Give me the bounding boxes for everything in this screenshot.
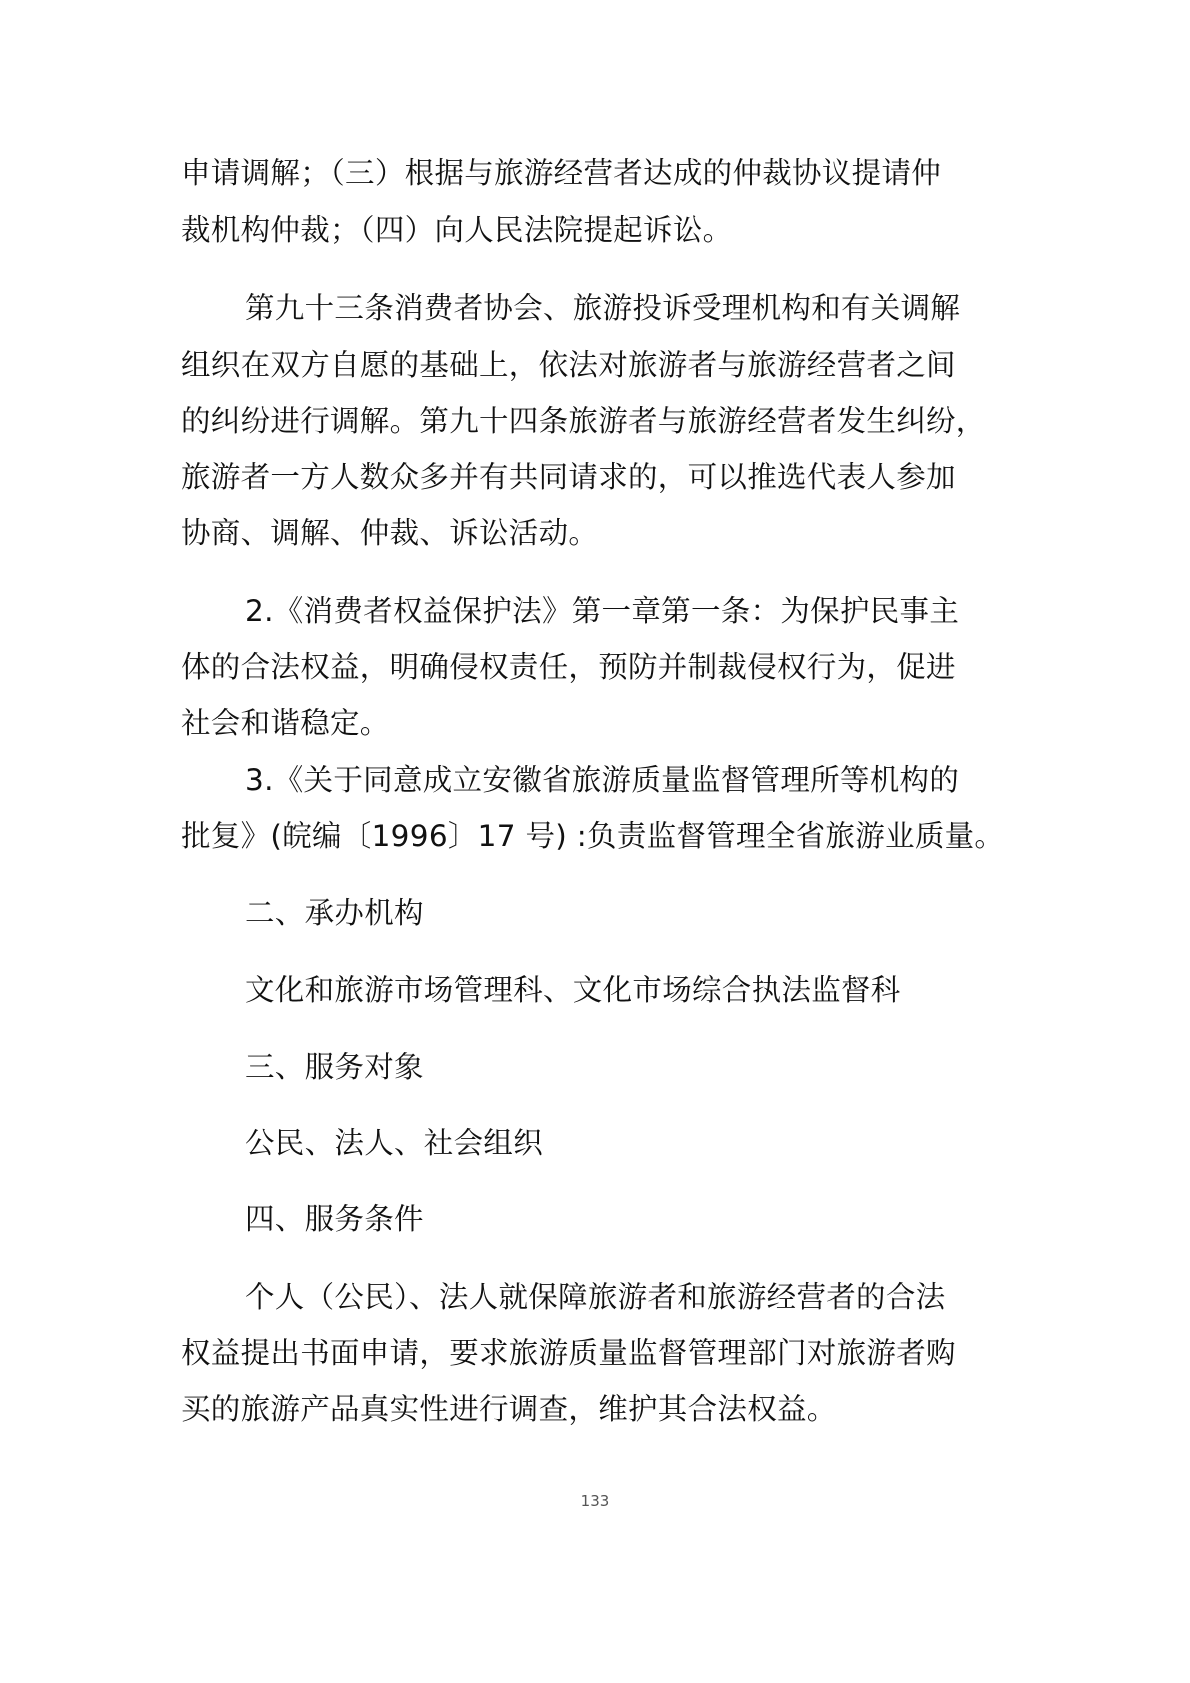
text-line: 社会和谐稳定。 bbox=[181, 703, 390, 743]
paragraph-approval-reply: 3.《关于同意成立安徽省旅游质量监督管理所等机构的 bbox=[245, 760, 959, 800]
text-line: 申请调解；（三）根据与旅游经营者达成的仲裁协议提请仲 bbox=[181, 153, 941, 193]
paragraph-service-conditions: 个人（公民）、法人就保障旅游者和旅游经营者的合法 bbox=[245, 1277, 945, 1317]
text-line: 批复》(皖编〔1996〕17 号) :负责监督管理全省旅游业质量。 bbox=[181, 816, 1004, 856]
section-heading-service-target: 三、服务对象 bbox=[245, 1047, 424, 1087]
text-line: 体的合法权益，明确侵权责任，预防并制裁侵权行为，促进 bbox=[181, 647, 956, 687]
text-line: 买的旅游产品真实性进行调查，维护其合法权益。 bbox=[181, 1389, 837, 1429]
paragraph-consumer-law: 2.《消费者权益保护法》第一章第一条：为保护民事主 bbox=[245, 591, 959, 631]
text-line: 裁机构仲裁；（四）向人民法院提起诉讼。 bbox=[181, 210, 732, 250]
handling-agency-text: 文化和旅游市场管理科、文化市场综合执法监督科 bbox=[245, 970, 901, 1010]
section-heading-service-conditions: 四、服务条件 bbox=[245, 1199, 424, 1239]
page-number: 133 bbox=[0, 1492, 1190, 1510]
text-line: 协商、调解、仲裁、诉讼活动。 bbox=[181, 513, 598, 553]
text-line: 的纠纷进行调解。第九十四条旅游者与旅游经营者发生纠纷， bbox=[181, 401, 986, 441]
text-line: 旅游者一方人数众多并有共同请求的，可以推选代表人参加 bbox=[181, 457, 956, 497]
section-heading-handling-agency: 二、承办机构 bbox=[245, 893, 424, 933]
service-target-text: 公民、法人、社会组织 bbox=[245, 1123, 543, 1163]
text-line: 组织在双方自愿的基础上，依法对旅游者与旅游经营者之间 bbox=[181, 345, 956, 385]
paragraph-article-93: 第九十三条消费者协会、旅游投诉受理机构和有关调解 bbox=[245, 288, 960, 328]
text-line: 权益提出书面申请，要求旅游质量监督管理部门对旅游者购 bbox=[181, 1333, 956, 1373]
